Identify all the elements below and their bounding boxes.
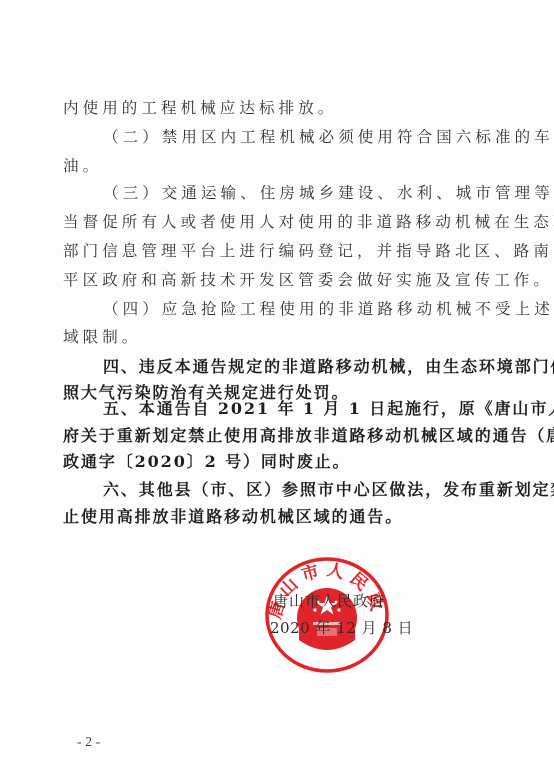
body-line-12: 五、本通告自 2021 年 1 月 1 日起施行，原《唐山市人民政 (103, 398, 487, 420)
body-line-3: 油。 (63, 155, 487, 177)
body-line-9: 域限制。 (63, 326, 487, 348)
body-line-1: 内使用的工程机械应达标排放。 (63, 97, 487, 119)
body-line-5: 当督促所有人或者使用人对使用的非道路移动机械在生态环境 (63, 211, 487, 233)
body-line-13: 府关于重新划定禁止使用高排放非道路移动机械区域的通告（唐 (63, 425, 487, 447)
body-line-8: （四）应急抢险工程使用的非道路移动机械不受上述使用区 (103, 298, 487, 320)
body-line-6: 部门信息管理平台上进行编码登记，并指导路北区、路南区、开 (63, 240, 487, 262)
body-line-15: 六、其他县（市、区）参照市中心区做法，发布重新划定禁 (103, 479, 487, 501)
body-line-14: 政通字〔2020〕2 号）同时废止。 (63, 451, 487, 473)
body-line-2: （二）禁用区内工程机械必须使用符合国六标准的车用柴 (103, 126, 487, 148)
signing-date: 2020 年 12 月 8 日 (270, 619, 413, 637)
document-page: 内使用的工程机械应达标排放。 （二）禁用区内工程机械必须使用符合国六标准的车用柴… (0, 0, 554, 782)
body-line-4: （三）交通运输、住房城乡建设、水利、城市管理等部门应 (103, 182, 487, 204)
body-line-7: 平区政府和高新技术开发区管委会做好实施及宣传工作。 (63, 269, 487, 291)
seal-emblem-icon: 唐山市人民政府 (263, 556, 391, 674)
page-number: - 2 - (77, 735, 100, 751)
body-line-16: 止使用高排放非道路移动机械区域的通告。 (63, 506, 487, 528)
official-seal: 唐山市人民政府 (263, 556, 391, 674)
body-line-10: 四、违反本通告规定的非道路移动机械，由生态环境部门依 (103, 356, 487, 378)
signing-organization: 唐山市人民政府 (273, 592, 385, 610)
